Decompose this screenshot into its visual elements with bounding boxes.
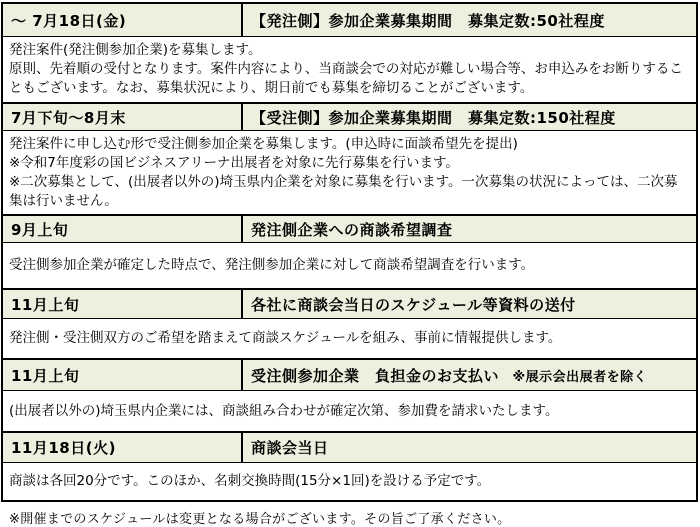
schedule-row-header-2: 7月下旬～8月末 【受注側】参加企業募集期間 募集定数:150社程度 (3, 102, 696, 131)
title-text-4: 各社に商談会当日のスケジュール等資料の送付 (251, 296, 576, 314)
date-cell-2: 7月下旬～8月末 (3, 104, 243, 130)
description-row-5: (出展者以外の)埼玉県内企業には、商談組み合わせが確定次第、参加費を請求いたしま… (3, 391, 696, 431)
title-cell-5: 受注側参加企業 負担金のお支払い ※展示会出展者を除く (243, 365, 696, 386)
title-cell-4: 各社に商談会当日のスケジュール等資料の送付 (243, 294, 696, 315)
title-text-5: 受注側参加企業 負担金のお支払い (251, 367, 499, 385)
schedule-page: ～ 7月18日(金) 【発注側】参加企業募集期間 募集定数:50社程度 発注案件… (0, 0, 700, 521)
title-note-5: ※展示会出展者を除く (499, 370, 647, 385)
schedule-row-header-4: 11月上旬 各社に商談会当日のスケジュール等資料の送付 (3, 288, 696, 319)
title-cell-1: 【発注側】参加企業募集期間 募集定数:50社程度 (243, 10, 696, 31)
title-text-3: 発注側企業への商談希望調査 (251, 221, 453, 239)
title-cell-2: 【受注側】参加企業募集期間 募集定数:150社程度 (243, 107, 696, 128)
description-text-3: 受注側参加企業が確定した時点で、発注側参加企業に対して商談希望調査を行います。 (3, 254, 696, 277)
schedule-row-header-1: ～ 7月18日(金) 【発注側】参加企業募集期間 募集定数:50社程度 (3, 4, 696, 37)
schedule-row-header-6: 11月18日(火) 商談会当日 (3, 431, 696, 463)
date-cell-5: 11月上旬 (3, 360, 243, 390)
description-row-4: 発注側・受注側双方のご希望を踏まえて商談スケジュールを組み、事前に情報提供します… (3, 319, 696, 358)
description-row-1: 発注案件(発注側参加企業)を募集します。 原則、先着順の受付となります。案件内容… (3, 37, 696, 102)
title-text-1: 【発注側】参加企業募集期間 募集定数:50社程度 (251, 12, 605, 30)
schedule-row-header-5: 11月上旬 受注側参加企業 負担金のお支払い ※展示会出展者を除く (3, 358, 696, 391)
description-row-6: 商談は各回20分です。このほか、名刺交換時間(15分×1回)を設ける予定です。 (3, 463, 696, 500)
description-text-5: (出展者以外の)埼玉県内企業には、商談組み合わせが確定次第、参加費を請求いたしま… (3, 400, 696, 423)
title-text-6: 商談会当日 (251, 439, 329, 457)
description-text-1: 発注案件(発注側参加企業)を募集します。 原則、先着順の受付となります。案件内容… (3, 39, 696, 100)
description-text-2: 発注案件に申し込む形で受注側参加企業を募集します。(申込時に面談希望先を提出) … (3, 133, 696, 213)
date-cell-3: 9月上旬 (3, 216, 243, 242)
description-row-2: 発注案件に申し込む形で受注側参加企業を募集します。(申込時に面談希望先を提出) … (3, 131, 696, 214)
description-text-4: 発注側・受注側双方のご希望を踏まえて商談スケジュールを組み、事前に情報提供します… (3, 327, 696, 350)
date-cell-4: 11月上旬 (3, 290, 243, 318)
description-text-6: 商談は各回20分です。このほか、名刺交換時間(15分×1回)を設ける予定です。 (3, 470, 696, 493)
date-cell-1: ～ 7月18日(金) (3, 4, 243, 36)
title-text-2: 【受注側】参加企業募集期間 募集定数:150社程度 (251, 109, 616, 127)
title-cell-3: 発注側企業への商談希望調査 (243, 219, 696, 240)
schedule-row-header-3: 9月上旬 発注側企業への商談希望調査 (3, 214, 696, 243)
footer-note: ※開催までのスケジュールは変更となる場合がございます。その旨ご了承ください。 (1, 508, 700, 527)
date-cell-6: 11月18日(火) (3, 433, 243, 462)
description-row-3: 受注側参加企業が確定した時点で、発注側参加企業に対して商談希望調査を行います。 (3, 243, 696, 288)
title-cell-6: 商談会当日 (243, 437, 696, 458)
schedule-table: ～ 7月18日(金) 【発注側】参加企業募集期間 募集定数:50社程度 発注案件… (1, 2, 698, 502)
